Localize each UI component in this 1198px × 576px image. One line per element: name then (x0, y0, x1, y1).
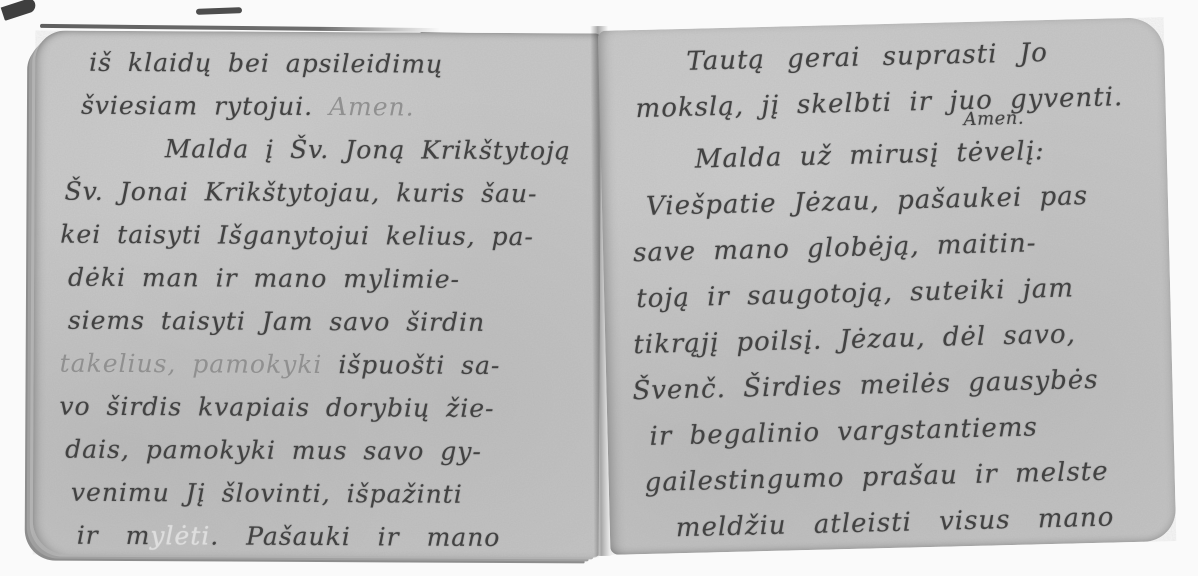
left-page: iš klaidų bei apsileidimų šviesiam rytoj… (33, 31, 602, 558)
handwritten-segment: ir m (77, 521, 151, 550)
handwritten-line: dais, pamokyki mus savo gy- (59, 428, 581, 474)
heading-segment: Malda už mirusį (694, 139, 939, 175)
cover-edge-tip (196, 7, 242, 15)
handwritten-line: vo širdis kvapiais dorybių žie- (59, 385, 581, 431)
handwritten-line: ir mylėti. Pašauki ir mano (59, 514, 581, 560)
handwritten-line: takelius, pamokyki išpuošti sa- (60, 342, 582, 388)
handwritten-line: siems taisyti Jam savo širdin (60, 299, 582, 345)
faded-amen-text: Amen. (329, 92, 415, 121)
handwritten-segment: išpuošti sa- (338, 350, 500, 380)
heading-segment: tėvelį: (956, 136, 1045, 168)
prayer-heading: Malda į Šv. Joną Krikštytoją (61, 127, 583, 173)
right-page: Tautą gerai suprasti Jo mokslą, jį skelb… (598, 17, 1177, 555)
amen-superscript: Amen. (963, 110, 1024, 129)
right-page-text: Tautą gerai suprasti Jo mokslą, jį skelb… (598, 17, 1177, 555)
left-page-text: iš klaidų bei apsileidimų šviesiam rytoj… (33, 31, 602, 558)
heading-segment: Amen.tėvelį: (956, 128, 1045, 176)
handwritten-line: iš klaidų bei apsileidimų (61, 41, 583, 87)
handwritten-line: venimu Jį šlovinti, išpažinti (59, 471, 581, 517)
handwritten-segment: . Pašauki ir mano (210, 521, 500, 552)
notebook-scan: iš klaidų bei apsileidimų šviesiam rytoj… (0, 0, 1198, 576)
faded-segment: takelius, pamokyki (60, 349, 323, 379)
cover-corner-mark (1, 0, 38, 21)
handwritten-line: kei taisyti Išganytojui kelius, pa- (60, 213, 582, 259)
handwritten-line: šviesiam rytojui. Amen. (61, 84, 583, 130)
handwritten-line: dėki man ir mano mylimie- (60, 256, 582, 302)
handwritten-line: Šv. Jonai Krikštytojau, kuris šau- (60, 170, 582, 216)
handwritten-segment: šviesiam rytojui. (81, 91, 313, 121)
erased-segment: ylėti (150, 521, 210, 550)
